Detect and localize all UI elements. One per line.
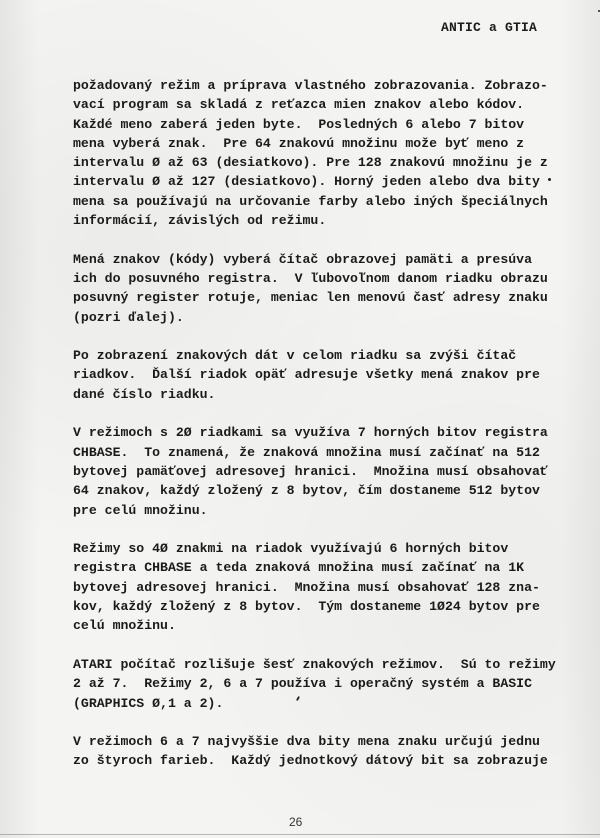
paragraph-gap bbox=[73, 636, 543, 655]
text-line: intervalu Ø až 63 (desiatkovo). Pre 128 … bbox=[73, 153, 543, 172]
text-line: posuvný register rotuje, meniac len meno… bbox=[73, 288, 543, 307]
text-line: požadovaný režim a príprava vlastného zo… bbox=[73, 76, 543, 95]
text-line: dané číslo riadku. bbox=[73, 385, 543, 404]
text-line: ATARI počítač rozlišuje šesť znakových r… bbox=[73, 655, 543, 674]
text-line: pre celú množinu. bbox=[73, 501, 543, 520]
paragraph: požadovaný režim a príprava vlastného zo… bbox=[73, 76, 543, 230]
text-line: celú množinu. bbox=[73, 616, 543, 635]
text-line: V režimoch 6 a 7 najvyššie dva bity mena… bbox=[73, 732, 543, 751]
ink-speck bbox=[548, 178, 551, 181]
page-edge bbox=[0, 834, 600, 835]
text-line: 2 až 7. Režimy 2, 6 a 7 používa i operač… bbox=[73, 674, 543, 693]
text-line: mena sa používajú na určovanie farby ale… bbox=[73, 192, 543, 211]
paragraph-gap bbox=[73, 520, 543, 539]
text-line: mena vyberá znak. Pre 64 znakovú množinu… bbox=[73, 134, 543, 153]
paragraph-gap bbox=[73, 327, 543, 346]
text-line: (pozri ďalej). bbox=[73, 308, 543, 327]
paragraph: Po zobrazení znakových dát v celom riadk… bbox=[73, 346, 543, 404]
paragraph-gap bbox=[73, 230, 543, 249]
text-line: (GRAPHICS Ø,1 a 2). bbox=[73, 694, 543, 713]
paragraph-gap bbox=[73, 404, 543, 423]
text-line: vací program sa skladá z reťazca mien zn… bbox=[73, 95, 543, 114]
text-line: intervalu Ø až 127 (desiatkovo). Horný j… bbox=[73, 172, 543, 191]
text-line: informácií, závislých od režimu. bbox=[73, 211, 543, 230]
paragraph: Režimy so 4Ø znakmi na riadok využívajú … bbox=[73, 539, 543, 635]
text-line: Mená znakov (kódy) vyberá čítač obrazove… bbox=[73, 250, 543, 269]
running-header: ANTIC a GTIA bbox=[441, 20, 537, 35]
text-line: Po zobrazení znakových dát v celom riadk… bbox=[73, 346, 543, 365]
paragraph: V režimoch s 2Ø riadkami sa využíva 7 ho… bbox=[73, 423, 543, 519]
text-line: 64 znakov, každý zložený z 8 bytov, čím … bbox=[73, 481, 543, 500]
text-line: CHBASE. To znamená, že znaková množina m… bbox=[73, 443, 543, 462]
text-line: zo štyroch farieb. Každý jednotkový dáto… bbox=[73, 751, 543, 770]
text-line: V režimoch s 2Ø riadkami sa využíva 7 ho… bbox=[73, 423, 543, 442]
text-line: riadkov. Ďalší riadok opäť adresuje všet… bbox=[73, 365, 543, 384]
paragraph: Mená znakov (kódy) vyberá čítač obrazove… bbox=[73, 250, 543, 327]
text-line: Každé meno zaberá jeden byte. Posledných… bbox=[73, 115, 543, 134]
body-text: požadovaný režim a príprava vlastného zo… bbox=[73, 76, 543, 771]
text-line: registra CHBASE a teda znaková množina m… bbox=[73, 558, 543, 577]
page-number: 26 bbox=[289, 815, 302, 829]
text-line: ich do posuvného registra. V ľubovoľnom … bbox=[73, 269, 543, 288]
text-line: kov, každý zložený z 8 bytov. Tým dostan… bbox=[73, 597, 543, 616]
text-line: Režimy so 4Ø znakmi na riadok využívajú … bbox=[73, 539, 543, 558]
paragraph-gap bbox=[73, 713, 543, 732]
paragraph: V režimoch 6 a 7 najvyššie dva bity mena… bbox=[73, 732, 543, 771]
scanned-page: ANTIC a GTIA požadovaný režim a príprava… bbox=[0, 0, 600, 838]
text-line: bytovej adresovej hranici. Množina musí … bbox=[73, 578, 543, 597]
paragraph: ATARI počítač rozlišuje šesť znakových r… bbox=[73, 655, 543, 713]
text-line: bytovej pamäťovej adresovej hranici. Mno… bbox=[73, 462, 543, 481]
